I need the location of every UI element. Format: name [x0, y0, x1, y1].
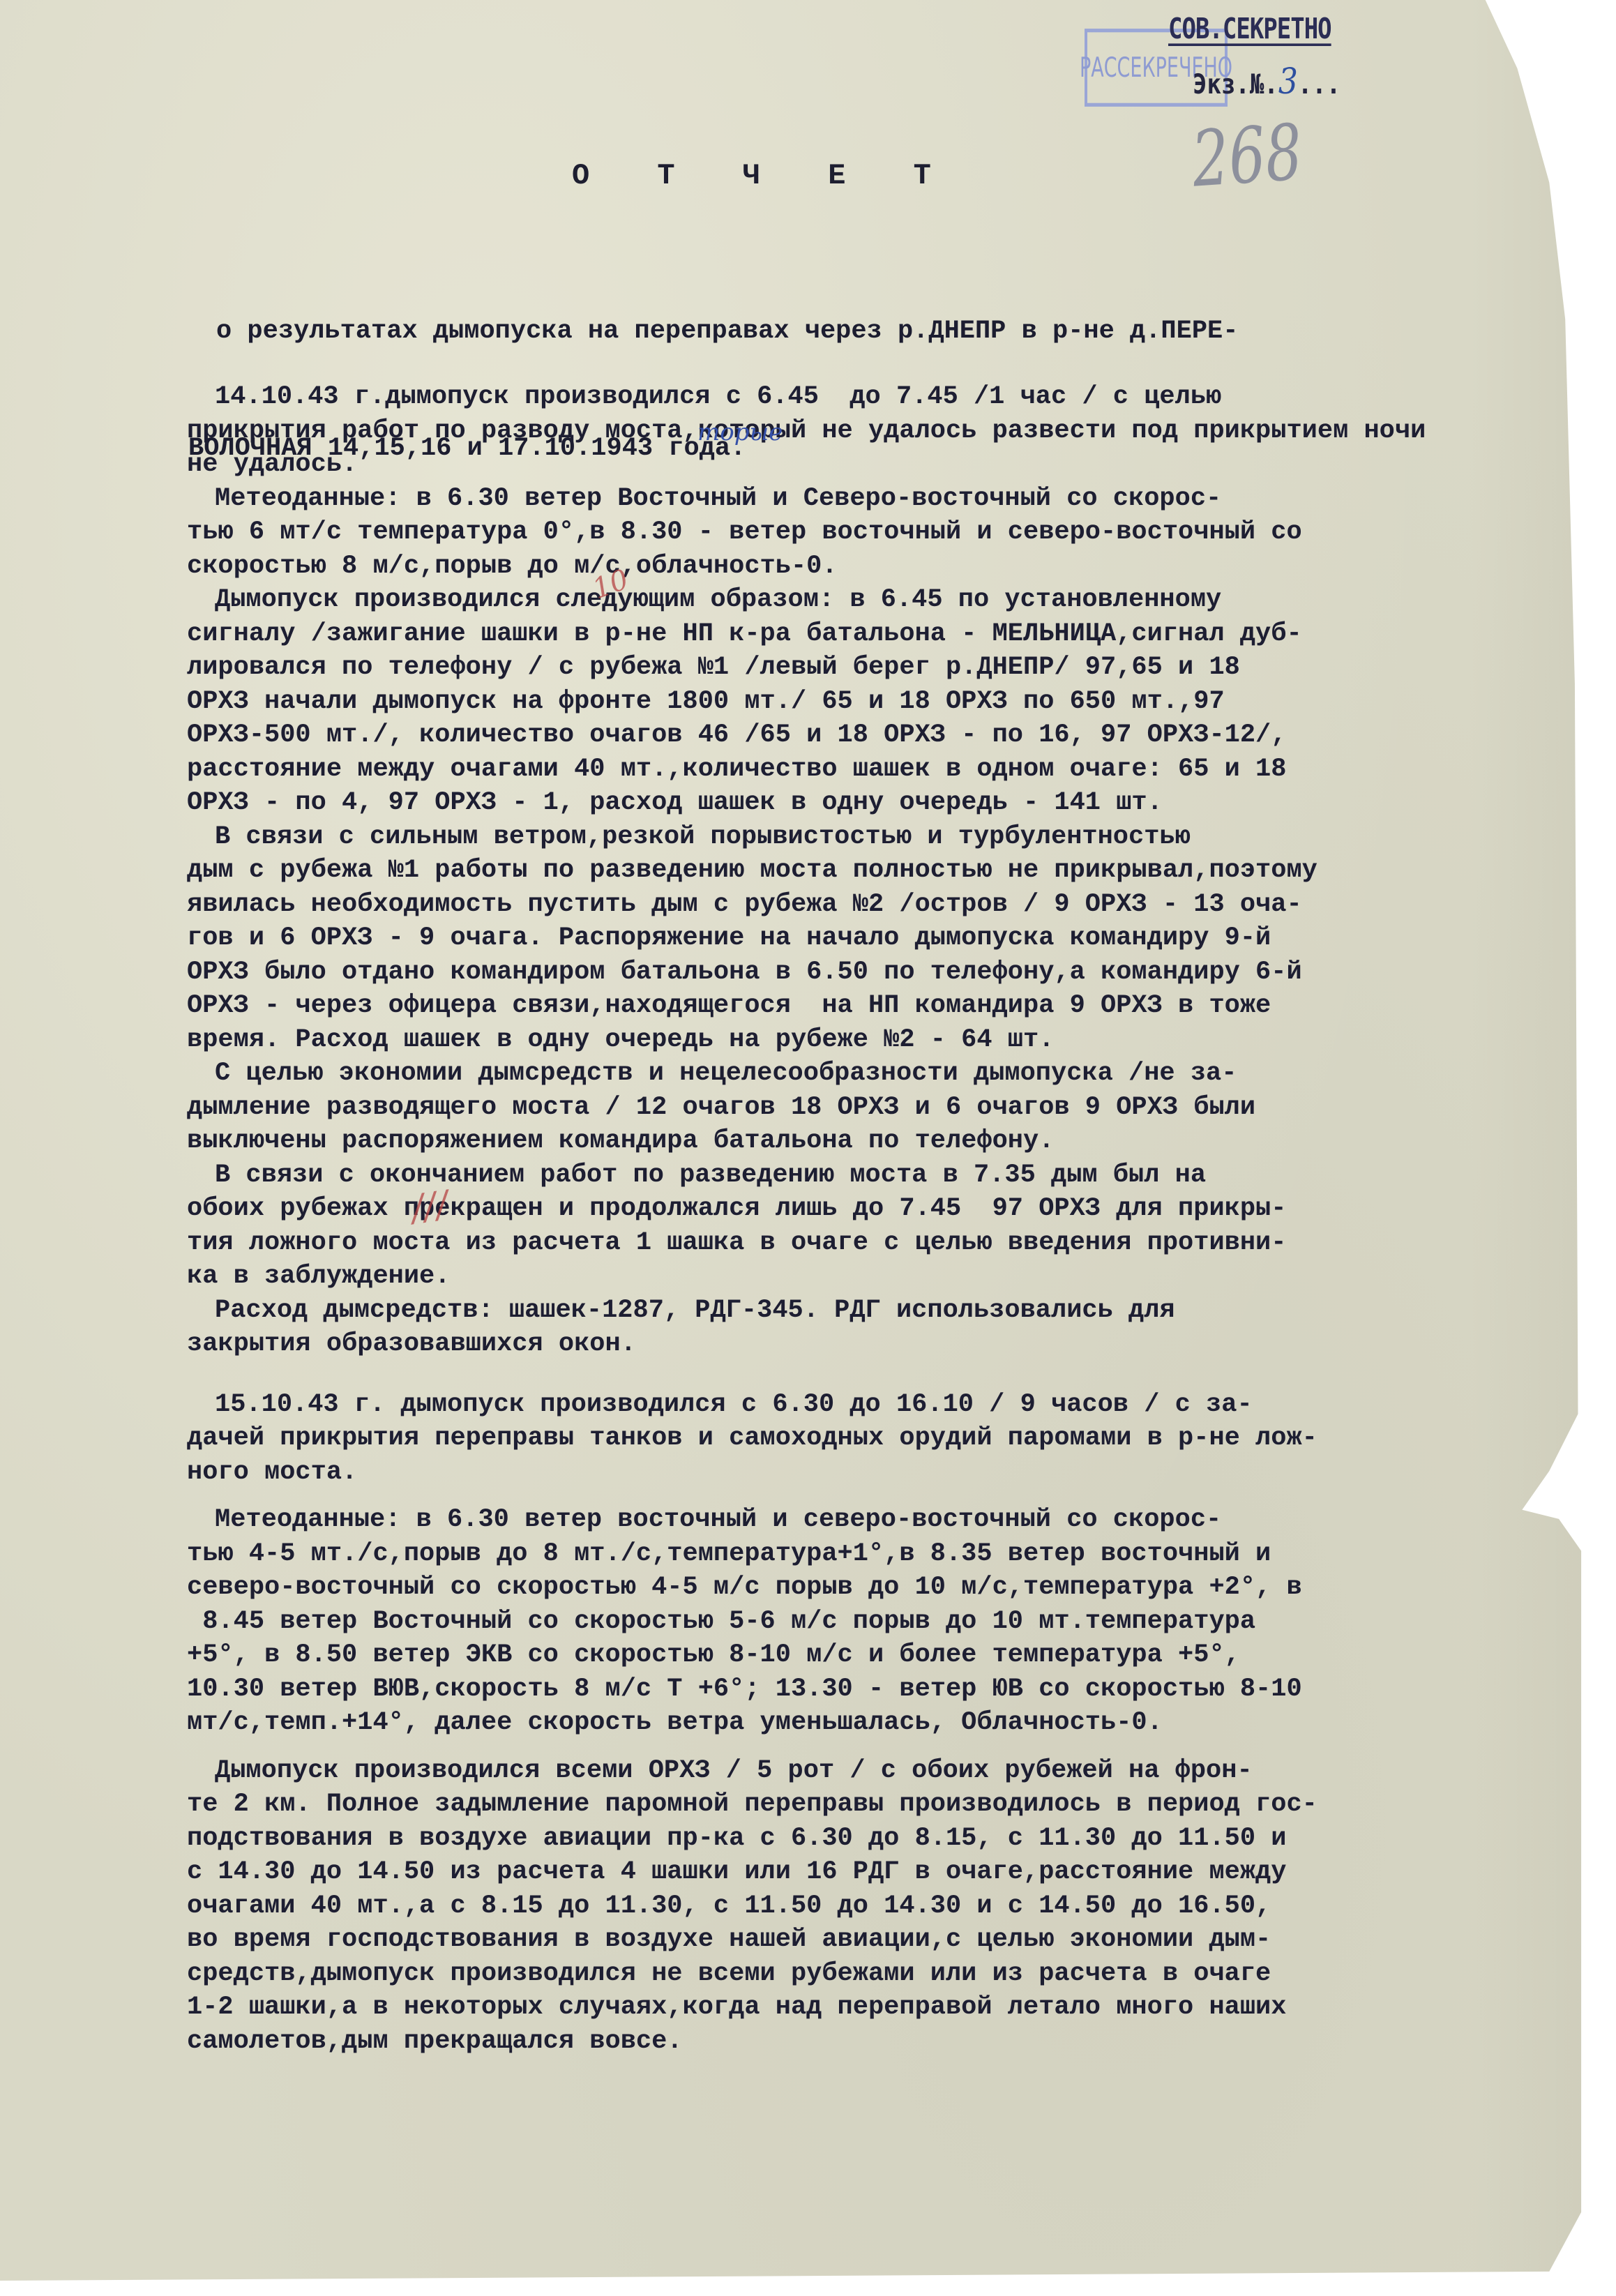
- body-line: с 14.30 до 14.50 из расчета 4 шашки или …: [187, 1855, 1603, 1889]
- copy-number-value: 3: [1278, 61, 1298, 103]
- body-line: мт/с,темп.+14°, далее скорость ветра уме…: [187, 1706, 1603, 1740]
- body-line: тью 6 мт/с температура 0°,в 8.30 - ветер…: [187, 515, 1603, 550]
- body-line: +5°, в 8.50 ветер ЭКВ со скоростью 8-10 …: [187, 1638, 1603, 1672]
- copy-number-suffix: ...: [1298, 69, 1341, 101]
- body-line: С целью экономии дымсредств и нецелесооб…: [187, 1057, 1603, 1091]
- classification-label: СОВ.СЕКРЕТНО: [1168, 13, 1331, 46]
- paragraph-gap: [187, 1740, 1603, 1754]
- body-line: самолетов,дым прекращался вовсе.: [187, 2025, 1603, 2059]
- body-line: Дымопуск производился всеми ОРХЗ / 5 рот…: [187, 1754, 1603, 1788]
- body-line: северо-восточный со скоростью 4-5 м/с по…: [187, 1571, 1603, 1605]
- body-line: обоих рубежах прекращен и продолжался ли…: [187, 1192, 1603, 1226]
- red-pencil-hatching: ///: [409, 1184, 451, 1230]
- body-line: дым с рубежа №1 работы по разведению мос…: [187, 854, 1603, 888]
- body-line: тью 4-5 мт./с,порыв до 8 мт./с,температу…: [187, 1537, 1603, 1571]
- body-line: 8.45 ветер Восточный со скоростью 5-6 м/…: [187, 1605, 1603, 1639]
- handwritten-correction: торые: [697, 418, 783, 446]
- body-line: ОРХЗ-500 мт./, количество очагов 46 /65 …: [187, 718, 1603, 753]
- body-line: явилась необходимость пустить дым с рубе…: [187, 888, 1603, 922]
- body-line: не удалось.: [187, 448, 1603, 482]
- body-line: средств,дымопуск производился не всеми р…: [187, 1957, 1603, 1991]
- body-line: 10.30 ветер ВЮВ,скорость 8 м/с Т +6°; 13…: [187, 1672, 1603, 1707]
- body-line: В связи с окончанием работ по разведению…: [187, 1158, 1603, 1193]
- paragraph-gap: [187, 1361, 1603, 1388]
- copy-number-label: Экз.№.: [1193, 69, 1278, 101]
- body-line: выключены распоряжением командира баталь…: [187, 1124, 1603, 1158]
- body-line: лировался по телефону / с рубежа №1 /лев…: [187, 651, 1603, 685]
- copy-number: Экз.№.3...: [1193, 61, 1341, 103]
- body-line: ОРХЗ - через офицера связи,находящегося …: [187, 989, 1603, 1023]
- subtitle-line: о результатах дымопуска на переправах че…: [188, 312, 1597, 351]
- body-line: ка в заблуждение.: [187, 1260, 1603, 1294]
- body-line: дачей прикрытия переправы танков и самох…: [187, 1421, 1603, 1456]
- body-line: ОРХЗ - по 4, 97 ОРХЗ - 1, расход шашек в…: [187, 786, 1603, 820]
- body-line: 14.10.43 г.дымопуск производился с 6.45 …: [187, 380, 1603, 414]
- body-line: Дымопуск производился следующим образом:…: [187, 583, 1603, 617]
- body-line: те 2 км. Полное задымление паромной пере…: [187, 1788, 1603, 1822]
- body-line: ОРХЗ начали дымопуск на фронте 1800 мт./…: [187, 685, 1603, 719]
- body-line: ОРХЗ было отдано командиром батальона в …: [187, 956, 1603, 990]
- body-line: время. Расход шашек в одну очередь на ру…: [187, 1023, 1603, 1057]
- document-body: 14.10.43 г.дымопуск производился с 6.45 …: [187, 380, 1603, 2058]
- body-line: дымление разводящего моста / 12 очагов 1…: [187, 1091, 1603, 1125]
- body-line: прикрытия работ по разводу моста,который…: [187, 414, 1603, 448]
- body-line: скоростью 8 м/с,порыв до м/с,облачность-…: [187, 550, 1603, 584]
- document-title: О Т Ч Е Т: [572, 159, 956, 192]
- body-line: очагами 40 мт.,а с 8.15 до 11.30, с 11.5…: [187, 1889, 1603, 1924]
- body-line: Расход дымсредств: шашек-1287, РДГ-345. …: [187, 1294, 1603, 1328]
- body-line: ного моста.: [187, 1456, 1603, 1490]
- body-line: Метеоданные: в 6.30 ветер Восточный и Се…: [187, 482, 1603, 516]
- body-line: гов и 6 ОРХЗ - 9 очага. Распоряжение на …: [187, 921, 1603, 956]
- body-line: расстояние между очагами 40 мт.,количест…: [187, 753, 1603, 787]
- body-line: 1-2 шашки,а в некоторых случаях,когда на…: [187, 1991, 1603, 2025]
- body-line: тия ложного моста из расчета 1 шашка в о…: [187, 1226, 1603, 1260]
- body-line: закрытия образовавшихся окон.: [187, 1327, 1603, 1361]
- body-line: сигналу /зажигание шашки в р-не НП к-ра …: [187, 617, 1603, 651]
- body-line: Метеоданные: в 6.30 ветер восточный и се…: [187, 1503, 1603, 1537]
- paragraph-gap: [187, 1489, 1603, 1503]
- body-line: 15.10.43 г. дымопуск производился с 6.30…: [187, 1388, 1603, 1422]
- body-line: во время господствования в воздухе нашей…: [187, 1923, 1603, 1957]
- handwritten-sheet-number: 268: [1189, 107, 1305, 204]
- body-line: В связи с сильным ветром,резкой порывист…: [187, 820, 1603, 854]
- body-line: подствования в воздухе авиации пр-ка с 6…: [187, 1822, 1603, 1856]
